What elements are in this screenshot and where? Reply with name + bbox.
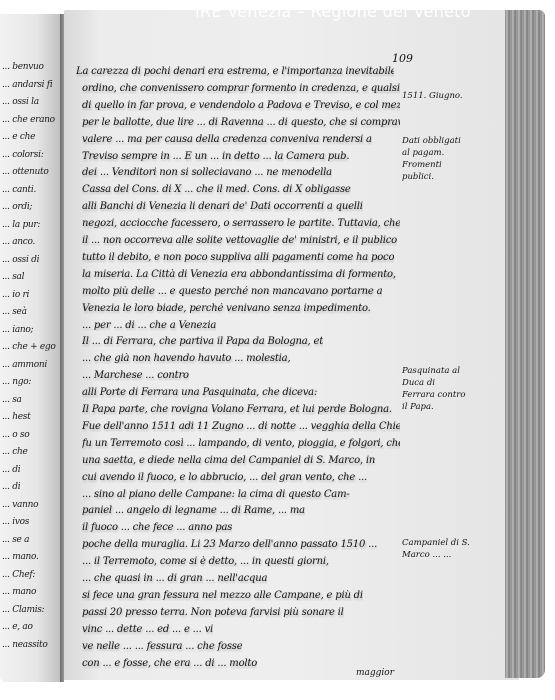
left-page-fragment: ... ordi; <box>2 202 32 212</box>
left-page-fragment: ... ossi la <box>2 97 39 107</box>
manuscript-line: con ... e fosse, che era ... di ... molt… <box>82 658 257 669</box>
manuscript-line: ... che già non havendo havuto ... moles… <box>82 353 290 364</box>
manuscript-line: ... che quasi in ... di gran ... nell'ac… <box>82 573 267 584</box>
margin-note: Pasquinata al Duca di Ferrara contro il … <box>402 365 470 413</box>
manuscript-line: la miseria. La Città di Venezia era abbo… <box>82 269 396 280</box>
left-page-fragment: ... e, ao <box>2 622 33 632</box>
manuscript-line: di quello in far prova, e vendendolo a P… <box>82 100 400 111</box>
manuscript-line: ... per ... di ... che a Venezia <box>82 320 216 331</box>
margin-note: 1511. Giugno. <box>402 90 470 102</box>
manuscript-line: paniel ... angelo di legname ... di Rame… <box>82 505 305 516</box>
left-page-fragment: ... andarsi fi <box>2 80 52 90</box>
left-page-fragment: ... ivos <box>2 517 29 527</box>
manuscript-line: Treviso sempre in ... E un ... in detto … <box>82 151 349 162</box>
left-page-fragment: ... vanno <box>2 500 38 510</box>
manuscript-line: una saetta, e diede nella cima del Campa… <box>82 455 375 466</box>
left-page-fragment: ... sal <box>2 272 24 282</box>
manuscript-line: per le ballotte, due lire ... di Ravenna… <box>82 117 400 128</box>
left-page-fragment: ... Clamis: <box>2 605 44 615</box>
left-page-fragment: ... ngo: <box>2 377 31 387</box>
left-page-fragment: ... io ri <box>2 290 29 300</box>
left-page-fragment: ... ammoni <box>2 360 47 370</box>
manuscript-line: Fue dell'anno 1511 adi 11 Zugno ... di n… <box>82 421 400 432</box>
left-page-fragment: ... che <box>2 447 28 457</box>
catchword: maggior <box>356 668 394 678</box>
manuscript-line: cui avendo il fuoco, e lo abbrucio, ... … <box>82 472 367 483</box>
left-page-fragment: ... di <box>2 482 20 492</box>
left-page-fragment: ... mano <box>2 587 36 597</box>
left-page-fragment: ... se a <box>2 535 29 545</box>
left-page-fragment: ... colorsi: <box>2 150 43 160</box>
manuscript-line: si fece una gran fessura nel mezzo alle … <box>82 590 363 601</box>
manuscript-line: fu un Terremoto così ... lampando, di ve… <box>82 438 400 449</box>
left-page-fragment: ... ottenuto <box>2 167 48 177</box>
left-page-fragment: ... la pur: <box>2 220 40 230</box>
manuscript-line: ... il Terremoto, come si è detto, ... i… <box>82 556 329 567</box>
manuscript-line: ... sino al piano delle Campane: la cima… <box>82 489 350 500</box>
manuscript-line: Cassa del Cons. di X ... che il med. Con… <box>82 184 351 195</box>
manuscript-line: alli Banchi di Venezia li denari de' Dat… <box>82 201 363 212</box>
left-page-fragment: ... neassito <box>2 640 47 650</box>
left-page-fragment: ... che erano <box>2 115 55 125</box>
manuscript-line: negozi, acciocche facessero, o serrasser… <box>82 218 400 229</box>
left-page-fragment: ... Chef: <box>2 570 35 580</box>
manuscript-line: ... Marchese ... contro <box>82 370 189 381</box>
manuscript-line: Venezia le loro biade, perché venivano s… <box>82 303 371 314</box>
left-page-fragment: ... benvuo <box>2 62 44 72</box>
margin-note: Campaniel di S. Marco ... ... <box>402 537 470 561</box>
left-page-fragment: ... di <box>2 465 20 475</box>
left-page-fragment: ... seà <box>2 307 27 317</box>
manuscript-line: molto più delle ... e questo perché non … <box>82 286 382 297</box>
manuscript-line: ordino, che convenissero comprar forment… <box>82 83 400 94</box>
left-page-fragment: ... sa <box>2 395 22 405</box>
left-page-fragment: ... e che <box>2 132 35 142</box>
left-page-fragment: ... che + ego <box>2 342 55 352</box>
manuscript-line: il ... non occorreva alle solite vettova… <box>82 235 397 246</box>
left-page-fragment: ... mano. <box>2 552 39 562</box>
left-page-fragment: ... o so <box>2 430 29 440</box>
page-number: 109 <box>392 52 413 65</box>
manuscript-line: tutto il debito, e non poco suppliva all… <box>82 252 394 263</box>
manuscript-line: dei ... Venditori non si solleciavano ..… <box>82 167 332 178</box>
manuscript-line: Il Papa parte, che rovigna Volano Ferrar… <box>82 404 392 415</box>
manuscript-line: ve nelle ... ... fessura ... che fosse <box>82 641 242 652</box>
left-page: ... benvuo... andarsi fi... ossi la... c… <box>0 14 62 682</box>
manuscript-line: La carezza di pochi denari era estrema, … <box>76 66 394 77</box>
manuscript-line: valere ... ma per causa della credenza c… <box>82 134 372 145</box>
left-page-fragment: ... canti. <box>2 185 36 195</box>
left-page-fragment: ... anco. <box>2 237 35 247</box>
page-edges <box>505 10 545 678</box>
margin-note: Dati obbligati al pagam. Fromenti public… <box>402 135 470 183</box>
manuscript-line: poche della muraglia. Li 23 Marzo dell'a… <box>82 539 377 550</box>
manuscript-line: Il ... di Ferrara, che partiva il Papa d… <box>82 336 323 347</box>
left-page-fragment: ... iano; <box>2 325 33 335</box>
manuscript-line: vinc ... dette ... ed ... e ... vi <box>82 624 213 635</box>
manuscript-line: passi 20 presso terra. Non poteva farvis… <box>82 607 344 618</box>
watermark: IRE Venezia – Regione del Veneto <box>195 2 471 21</box>
left-page-fragment: ... ossi di <box>2 255 39 265</box>
left-page-fragment: ... hest <box>2 412 30 422</box>
manuscript-line: alli Porte di Ferrara una Pasquinata, ch… <box>82 387 317 398</box>
manuscript-line: il fuoco ... che fece ... anno pas <box>82 522 232 533</box>
